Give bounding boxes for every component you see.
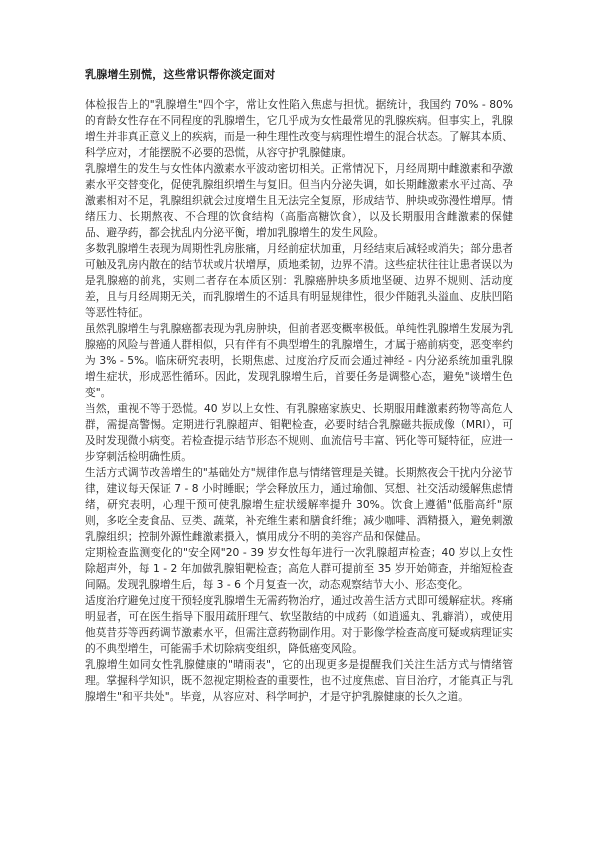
document-content: 乳腺增生别慌，这些常识帮你淡定面对 体检报告上的"乳腺增生"四个字，常让女性陷入… bbox=[85, 67, 513, 705]
paragraph: 乳腺增生如同女性乳腺健康的"晴雨表"，它的出现更多是提醒我们关注生活方式与情绪管… bbox=[85, 657, 513, 705]
paragraph: 虽然乳腺增生与乳腺癌都表现为乳房肿块，但前者恶变概率极低。单纯性乳腺增生发展为乳… bbox=[85, 321, 513, 401]
paragraph: 定期检查监测变化的"安全网"20 - 39 岁女性每年进行一次乳腺超声检查；40… bbox=[85, 545, 513, 593]
document-title: 乳腺增生别慌，这些常识帮你淡定面对 bbox=[85, 67, 513, 83]
paragraph: 当然，重视不等于恐慌。40 岁以上女性、有乳腺癌家族史、长期服用雌激素药物等高危… bbox=[85, 401, 513, 465]
paragraph: 多数乳腺增生表现为周期性乳房胀痛，月经前症状加重，月经结束后减轻或消失；部分患者… bbox=[85, 241, 513, 321]
document-body: 体检报告上的"乳腺增生"四个字，常让女性陷入焦虑与担忧。据统计，我国约 70% … bbox=[85, 97, 513, 705]
paragraph: 生活方式调节改善增生的"基础处方"规律作息与情绪管理是关键。长期熬夜会干扰内分泌… bbox=[85, 465, 513, 545]
paragraph: 体检报告上的"乳腺增生"四个字，常让女性陷入焦虑与担忧。据统计，我国约 70% … bbox=[85, 97, 513, 161]
paragraph: 适度治疗避免过度干预轻度乳腺增生无需药物治疗，通过改善生活方式即可缓解症状。疼痛… bbox=[85, 593, 513, 657]
paragraph: 乳腺增生的发生与女性体内激素水平波动密切相关。正常情况下，月经周期中雌激素和孕激… bbox=[85, 161, 513, 241]
document-page: 乳腺增生别慌，这些常识帮你淡定面对 体检报告上的"乳腺增生"四个字，常让女性陷入… bbox=[0, 0, 595, 841]
